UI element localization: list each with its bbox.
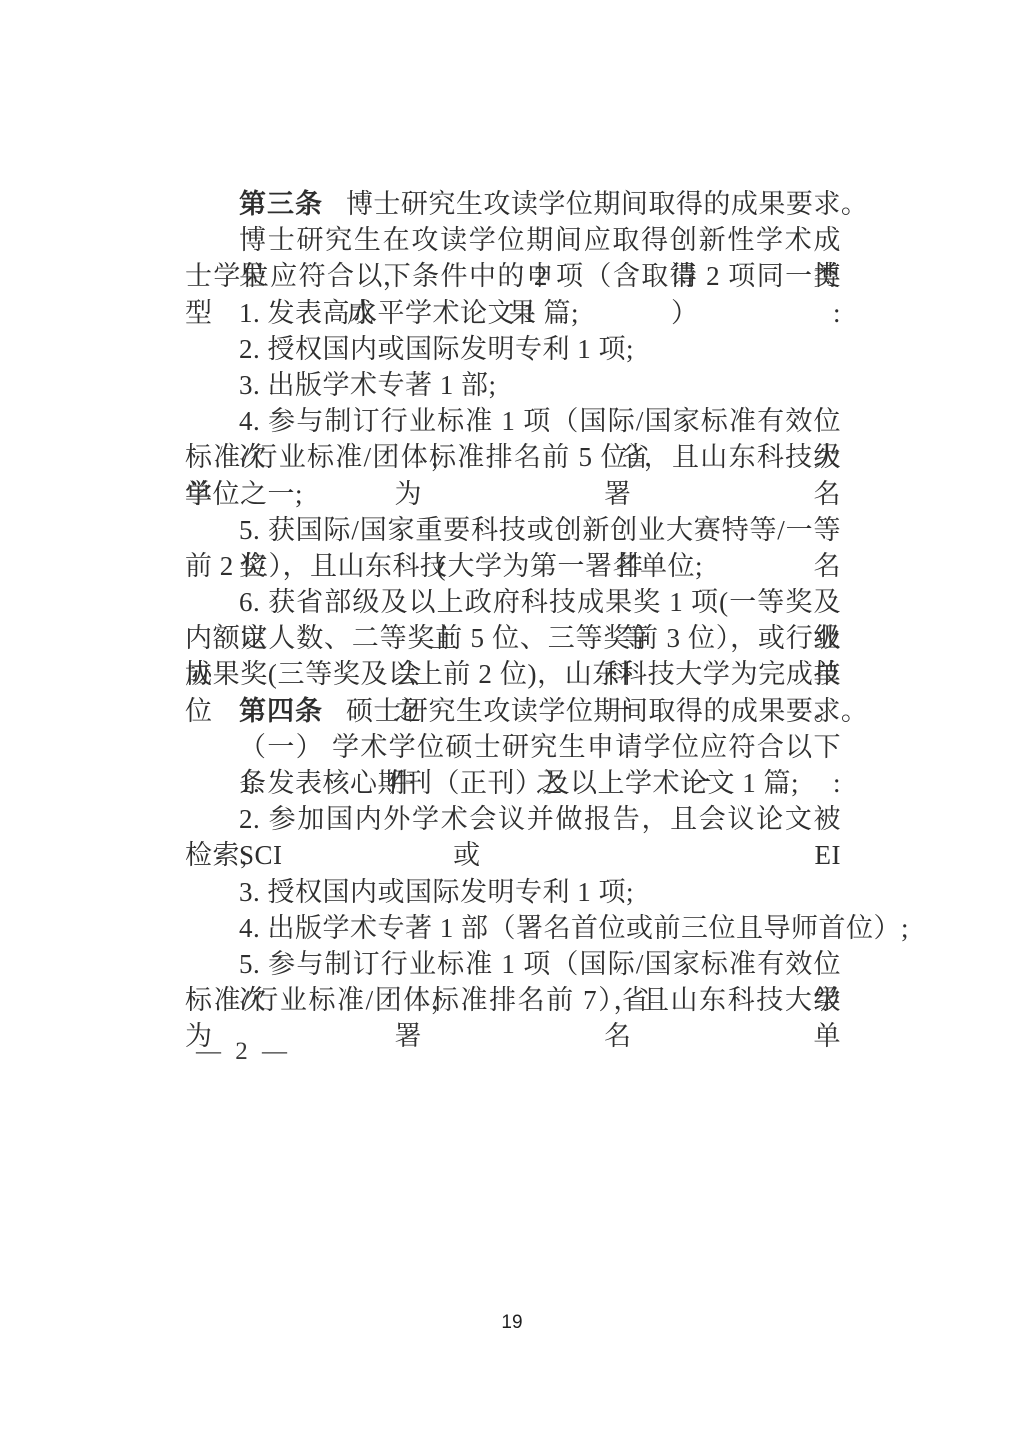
text-line: 士学位应符合以下条件中的 2 项（含取得 2 项同一类型成果）: — [185, 258, 841, 294]
article-number-label: 第四条 — [239, 696, 323, 726]
text-line: 标准/行业标准/团体标准排名前 7），且山东科技大学为署名单 — [185, 982, 841, 1018]
section-page-marker: — 2 — — [196, 1038, 291, 1066]
article-4-heading: 第四条硕士研究生攻读学位期间取得的成果要求。 — [185, 693, 841, 729]
list-item: 6. 获省部级及以上政府科技成果奖 1 项(一等奖及以上等级 — [185, 584, 841, 620]
article-title-text: 博士研究生攻读学位期间取得的成果要求。 — [346, 189, 869, 219]
list-item: 3. 授权国内或国际发明专利 1 项; — [185, 874, 841, 910]
document-body: 第三条博士研究生攻读学位期间取得的成果要求。博士研究生在攻读学位期间应取得创新性… — [185, 186, 841, 1018]
list-item: 4. 参与制订行业标准 1 项（国际/国家标准有效位次，省级 — [185, 403, 841, 439]
pdf-page-number: 19 — [0, 1312, 1024, 1334]
list-item: 5. 获国际/国家重要科技或创新创业大赛特等/一等奖(排名 — [185, 512, 841, 548]
article-title-text: 硕士研究生攻读学位期间取得的成果要求。 — [346, 696, 869, 726]
text-line: （一） 学术学位硕士研究生申请学位应符合以下条件之一: — [185, 729, 841, 765]
document-page: 第三条博士研究生攻读学位期间取得的成果要求。博士研究生在攻读学位期间应取得创新性… — [0, 0, 1024, 1448]
text-line: 内额定人数、二等奖前 5 位、三等奖前 3 位），或行业协会科技 — [185, 620, 841, 656]
list-item: 2. 参加国内外学术会议并做报告，且会议论文被 SCI 或 EI — [185, 801, 841, 837]
text-line: 成果奖(三等奖及以上前 2 位)，山东科技大学为完成单位之一。 — [185, 656, 841, 692]
article-3-heading: 第三条博士研究生攻读学位期间取得的成果要求。 — [185, 186, 841, 222]
list-item: 5. 参与制订行业标准 1 项（国际/国家标准有效位次，省级 — [185, 946, 841, 982]
text-line: 标准/行业标准/团体标准排名前 5 位），且山东科技大学为署名 — [185, 439, 841, 475]
text-line: 博士研究生在攻读学位期间应取得创新性学术成果，申请博 — [185, 222, 841, 258]
list-item: 3. 出版学术专著 1 部; — [185, 367, 841, 403]
article-number-label: 第三条 — [239, 189, 323, 219]
list-item: 1. 发表核心期刊（正刊）及以上学术论文 1 篇; — [185, 765, 841, 801]
list-item: 4. 出版学术专著 1 部（署名首位或前三位且导师首位）; — [185, 910, 841, 946]
list-item: 2. 授权国内或国际发明专利 1 项; — [185, 331, 841, 367]
